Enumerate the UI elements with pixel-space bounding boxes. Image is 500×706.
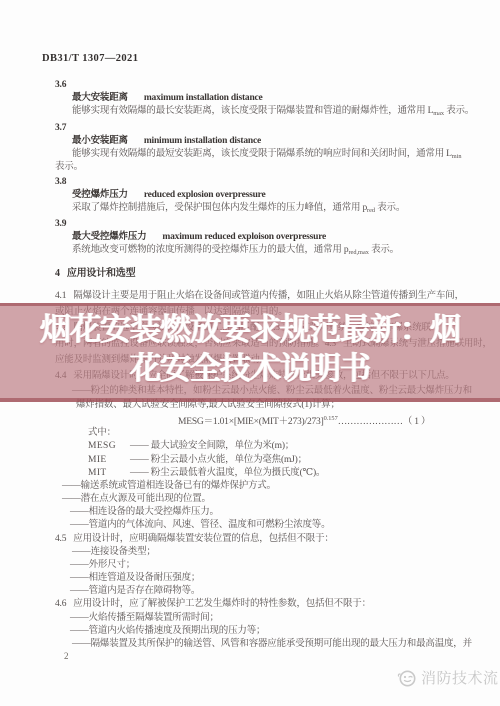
overlay-title-line1: 烟花安装燃放要求规范最新：烟 bbox=[0, 310, 500, 349]
formula: MESG＝1.01×[MIE×(MIT＋273)/273]0.157………………… bbox=[178, 413, 430, 428]
doc-line: 受控爆炸压力reduced explosion overpressure bbox=[72, 190, 266, 201]
doc-line: ——管道内是否存在障碍物等。 bbox=[70, 586, 200, 597]
overlay-title-line2: 花安全技术说明书 bbox=[0, 349, 500, 388]
doc-line: 4应用设计和选型 bbox=[55, 268, 135, 279]
doc-line: ——管道内火焰传播速度及预期出现的压力等； bbox=[70, 626, 265, 637]
doc-line: 3.6 bbox=[55, 80, 66, 91]
doc-line: ——潜在点火源及可能出现的位置。 bbox=[62, 494, 211, 505]
doc-line: ——输送系统或管道相连设备已有的爆炸保护方式。 bbox=[62, 481, 276, 492]
page-number: 2 bbox=[64, 651, 69, 662]
doc-line: ——相连管道及设备耐压强度； bbox=[70, 573, 200, 584]
doc-line: ——管道内的气体流向、风速、管径、温度和可燃粉尘浓度等。 bbox=[70, 520, 330, 531]
watermark: 消防技术流 bbox=[397, 667, 499, 688]
doc-line: ——外形尺寸； bbox=[70, 560, 135, 571]
doc-line: ——连接设备类型； bbox=[72, 547, 156, 558]
doc-line: ——火焰传播至隔爆装置所需时间； bbox=[70, 613, 219, 624]
doc-line: ——相连设备的最大受控爆炸压力。 bbox=[70, 507, 219, 518]
overlay-title: 烟花安装燃放要求规范最新：烟 花安全技术说明书 bbox=[0, 310, 500, 388]
doc-line: 3.7 bbox=[55, 123, 66, 134]
doc-line: 最大受控爆炸压力maximum reduced exploison overpr… bbox=[72, 232, 326, 243]
doc-line: 3.8 bbox=[55, 177, 66, 188]
doc-line: 能够实现有效隔爆的最长安装距离，该长度受限于隔爆装置和管道的耐爆炸性，通常用 L… bbox=[72, 106, 474, 119]
doc-line: MESG—— 最大试验安全间隙，单位为米(m)； bbox=[88, 441, 294, 452]
doc-line: 采取了爆炸控制措施后，受保护围包体内发生爆炸的压力峰值，通常用 pred 表示。 bbox=[72, 203, 405, 216]
doc-line: 最小安装距离minimum installation distance bbox=[72, 136, 261, 147]
doc-line: 表示。 bbox=[55, 162, 83, 173]
doc-line: 4.1隔爆设计主要是用于阻止火焰在设备间或管道内传播，如阻止火焰从除尘管道传播到… bbox=[55, 291, 464, 302]
doc-line: 4.5应用设计时，应明确隔爆装置安装位置的信息，包括但不限于： bbox=[55, 534, 334, 545]
doc-line: 4.6应用设计时，应了解被保护工艺发生爆炸时的特性参数，包括但不限于： bbox=[55, 599, 371, 610]
document-page: DB31/T 1307—20213.6最大安装距离maximum install… bbox=[0, 0, 500, 706]
doc-line: 系统地改变可燃物的浓度所测得的受控爆炸压力的最大值，通常用 pred,max 表… bbox=[72, 245, 399, 258]
doc-line: MIT—— 粉尘云最低着火温度，单位为摄氏度(℃)。 bbox=[88, 468, 325, 479]
doc-line: 能够实现有效隔爆的最短安装距离，该长度受限于隔爆系统的响应时间和关闭时间，通常用… bbox=[72, 149, 462, 162]
fire-tech-logo-icon bbox=[397, 668, 417, 688]
watermark-label: 消防技术流 bbox=[421, 667, 499, 688]
doc-line: ——隔爆装置及其所保护的输送管、风管和容器应能承受预期可能出现的最大压力和最高温… bbox=[72, 639, 472, 650]
doc-line: 3.9 bbox=[55, 219, 66, 230]
doc-line: MIE—— 粉尘云最小点火能，单位为毫焦(mJ)； bbox=[88, 455, 307, 466]
doc-line: 式中： bbox=[88, 428, 116, 439]
doc-line: 最大安装距离maximum installation distance bbox=[72, 93, 263, 104]
standard-code: DB31/T 1307—2021 bbox=[42, 53, 138, 64]
